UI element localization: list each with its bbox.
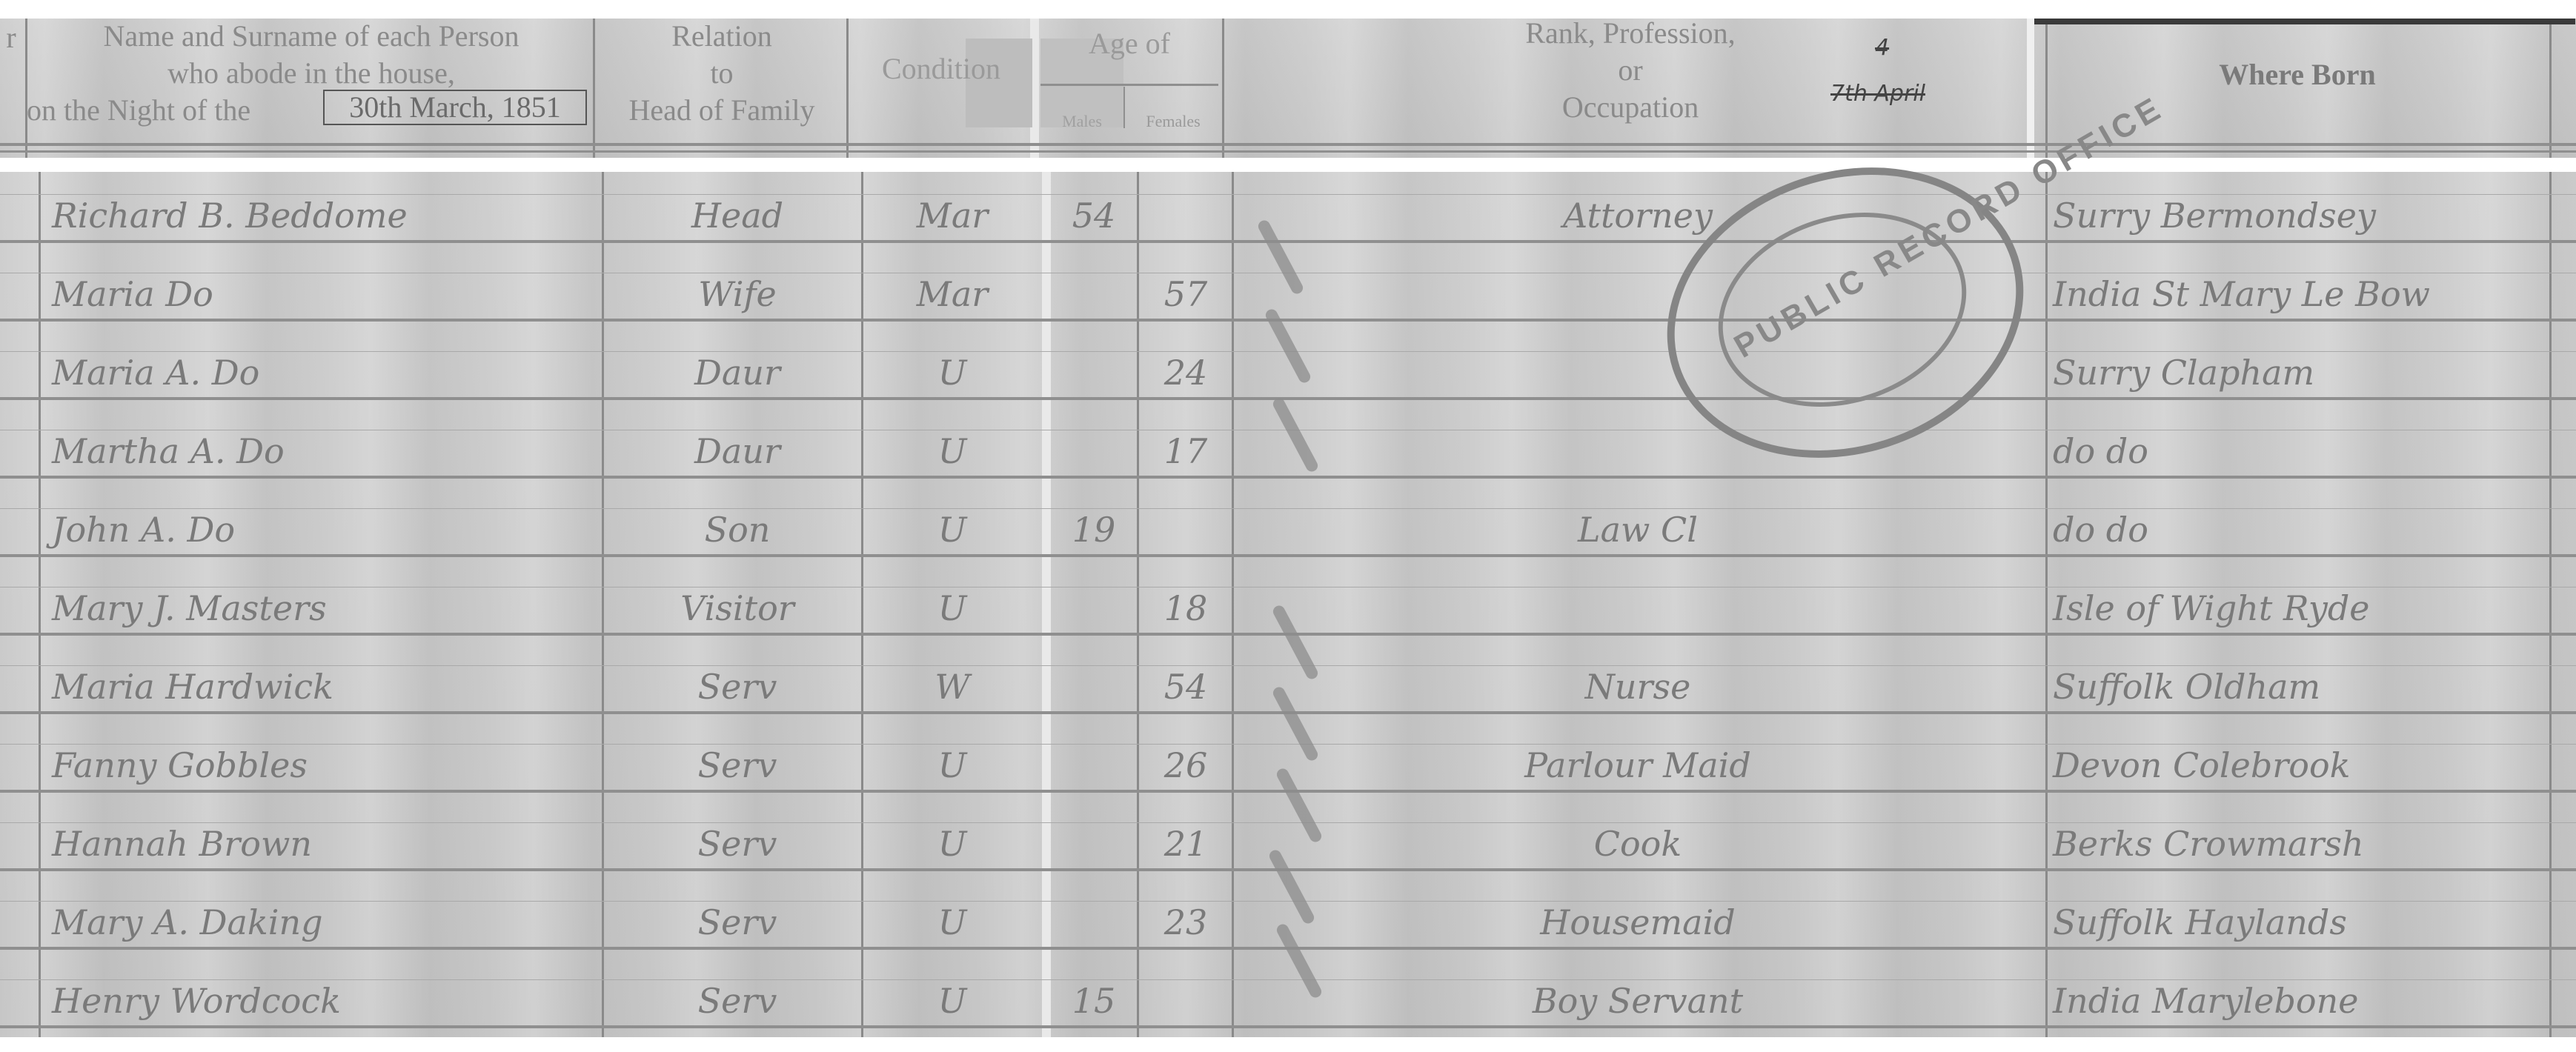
person-name: Richard B. Beddome (52, 199, 600, 233)
occupation-heading-line2: or (1408, 56, 1853, 85)
marital-condition: U (867, 984, 1038, 1018)
margin-mark: 4 (1875, 35, 1889, 61)
age-female: 17 (1141, 434, 1230, 468)
relation-to-head: Daur (615, 434, 860, 468)
age-subrule (1040, 84, 1218, 86)
person-name: Maria Do (52, 277, 600, 311)
column-divider (39, 172, 41, 1037)
person-name: Mary J. Masters (52, 591, 600, 625)
where-born: Suffolk Haylands (2053, 905, 2549, 939)
column-divider (2549, 19, 2552, 158)
column-divider (593, 19, 595, 158)
person-name: Mary A. Daking (52, 905, 600, 939)
guide-line (0, 822, 2576, 823)
where-born-heading: Where Born (2045, 60, 2549, 90)
age-male: 19 (1052, 513, 1135, 547)
marital-condition: U (867, 905, 1038, 939)
column-divider (2549, 172, 2552, 1037)
relation-to-head: Serv (615, 905, 860, 939)
occupation: Boy Servant (1238, 984, 2038, 1018)
where-born: Devon Colebrook (2053, 748, 2549, 782)
column-divider (1137, 172, 1139, 1037)
header-rule (0, 150, 2576, 153)
age-females-heading: Females (1126, 113, 1220, 130)
where-born: Berks Crowmarsh (2053, 827, 2549, 861)
age-female: 21 (1141, 827, 1230, 861)
column-number-fragment: r (0, 23, 22, 53)
guide-line (0, 194, 2576, 195)
marital-condition: U (867, 513, 1038, 547)
row-rule (0, 319, 2576, 322)
census-body: PUBLIC RECORD OFFICE Richard B. BeddomeH… (0, 172, 2576, 1037)
age-subdivider (1123, 87, 1125, 128)
relation-to-head: Daur (615, 356, 860, 390)
relation-to-head: Serv (615, 748, 860, 782)
age-males-heading: Males (1040, 113, 1123, 130)
row-rule (0, 397, 2576, 400)
occupation: Cook (1238, 827, 2038, 861)
age-female: 57 (1141, 277, 1230, 311)
person-name: Maria Hardwick (52, 670, 600, 704)
where-born-top-edge (2034, 19, 2575, 24)
age-female: 18 (1141, 591, 1230, 625)
guide-line (0, 665, 2576, 666)
name-heading-line1: Name and Surname of each Person (30, 21, 593, 51)
where-born: India St Mary Le Bow (2053, 277, 2549, 311)
guide-line (0, 587, 2576, 587)
relation-to-head: Wife (615, 277, 860, 311)
margin-annotation: 7th April (1830, 81, 1925, 107)
age-heading: Age of (1040, 29, 1218, 59)
age-male: 54 (1052, 199, 1135, 233)
guide-line (0, 979, 2576, 980)
age-female: 23 (1141, 905, 1230, 939)
occupation: Parlour Maid (1238, 748, 2038, 782)
age-female: 26 (1141, 748, 1230, 782)
census-date-box: 30th March, 1851 (323, 90, 587, 125)
marital-condition: U (867, 827, 1038, 861)
occupation: Nurse (1238, 670, 2038, 704)
marital-condition: U (867, 748, 1038, 782)
person-name: Henry Wordcock (52, 984, 600, 1018)
occupation-heading-line3: Occupation (1408, 93, 1853, 122)
relation-to-head: Visitor (615, 591, 860, 625)
where-born: do do (2053, 434, 2549, 468)
occupation-heading-line1: Rank, Profession, (1408, 19, 1853, 48)
row-rule (0, 476, 2576, 479)
person-name: Maria A. Do (52, 356, 600, 390)
column-divider (25, 19, 27, 158)
column-divider (1232, 172, 1234, 1037)
age-female: 24 (1141, 356, 1230, 390)
page-gutter (1042, 172, 1051, 1037)
relation-to-head: Serv (615, 984, 860, 1018)
marital-condition: U (867, 591, 1038, 625)
column-divider (2045, 172, 2048, 1037)
page-gutter (2027, 19, 2034, 158)
column-divider (846, 19, 849, 158)
person-name: Martha A. Do (52, 434, 600, 468)
census-header: r Name and Surname of each Person who ab… (0, 19, 2576, 158)
column-divider (861, 172, 863, 1037)
guide-line (0, 744, 2576, 745)
person-name: Hannah Brown (52, 827, 600, 861)
person-name: John A. Do (52, 513, 600, 547)
relation-to-head: Son (615, 513, 860, 547)
where-born: do do (2053, 513, 2549, 547)
column-divider (602, 172, 604, 1037)
condition-heading: Condition (852, 54, 1030, 84)
where-born: Surry Bermondsey (2053, 199, 2549, 233)
occupation: Law Cl (1238, 513, 2038, 547)
column-divider (1222, 19, 1224, 158)
age-female: 54 (1141, 670, 1230, 704)
age-male: 15 (1052, 984, 1135, 1018)
marital-condition: Mar (867, 199, 1038, 233)
row-rule (0, 554, 2576, 557)
occupation: Attorney (1238, 199, 2038, 233)
where-born: Suffolk Oldham (2053, 670, 2549, 704)
row-rule (0, 1025, 2576, 1028)
marital-condition: U (867, 434, 1038, 468)
person-name: Fanny Gobbles (52, 748, 600, 782)
where-born: Isle of Wight Ryde (2053, 591, 2549, 625)
name-heading-line3: on the Night of the (27, 96, 338, 125)
census-date: 30th March, 1851 (325, 93, 585, 122)
occupation: Housemaid (1238, 905, 2038, 939)
marital-condition: U (867, 356, 1038, 390)
guide-line (0, 508, 2576, 509)
relation-to-head: Serv (615, 670, 860, 704)
where-born: Surry Clapham (2053, 356, 2549, 390)
name-heading-line2: who abode in the house, (30, 59, 593, 88)
header-rule (0, 143, 2576, 146)
marital-condition: Mar (867, 277, 1038, 311)
relation-heading-line2: to (597, 59, 846, 88)
where-born: India Marylebone (2053, 984, 2549, 1018)
relation-heading-line1: Relation (597, 21, 846, 51)
tally-mark (1271, 396, 1320, 474)
guide-line (0, 901, 2576, 902)
marital-condition: W (867, 670, 1038, 704)
relation-to-head: Head (615, 199, 860, 233)
row-rule (0, 240, 2576, 243)
relation-to-head: Serv (615, 827, 860, 861)
relation-heading-line3: Head of Family (597, 96, 846, 125)
